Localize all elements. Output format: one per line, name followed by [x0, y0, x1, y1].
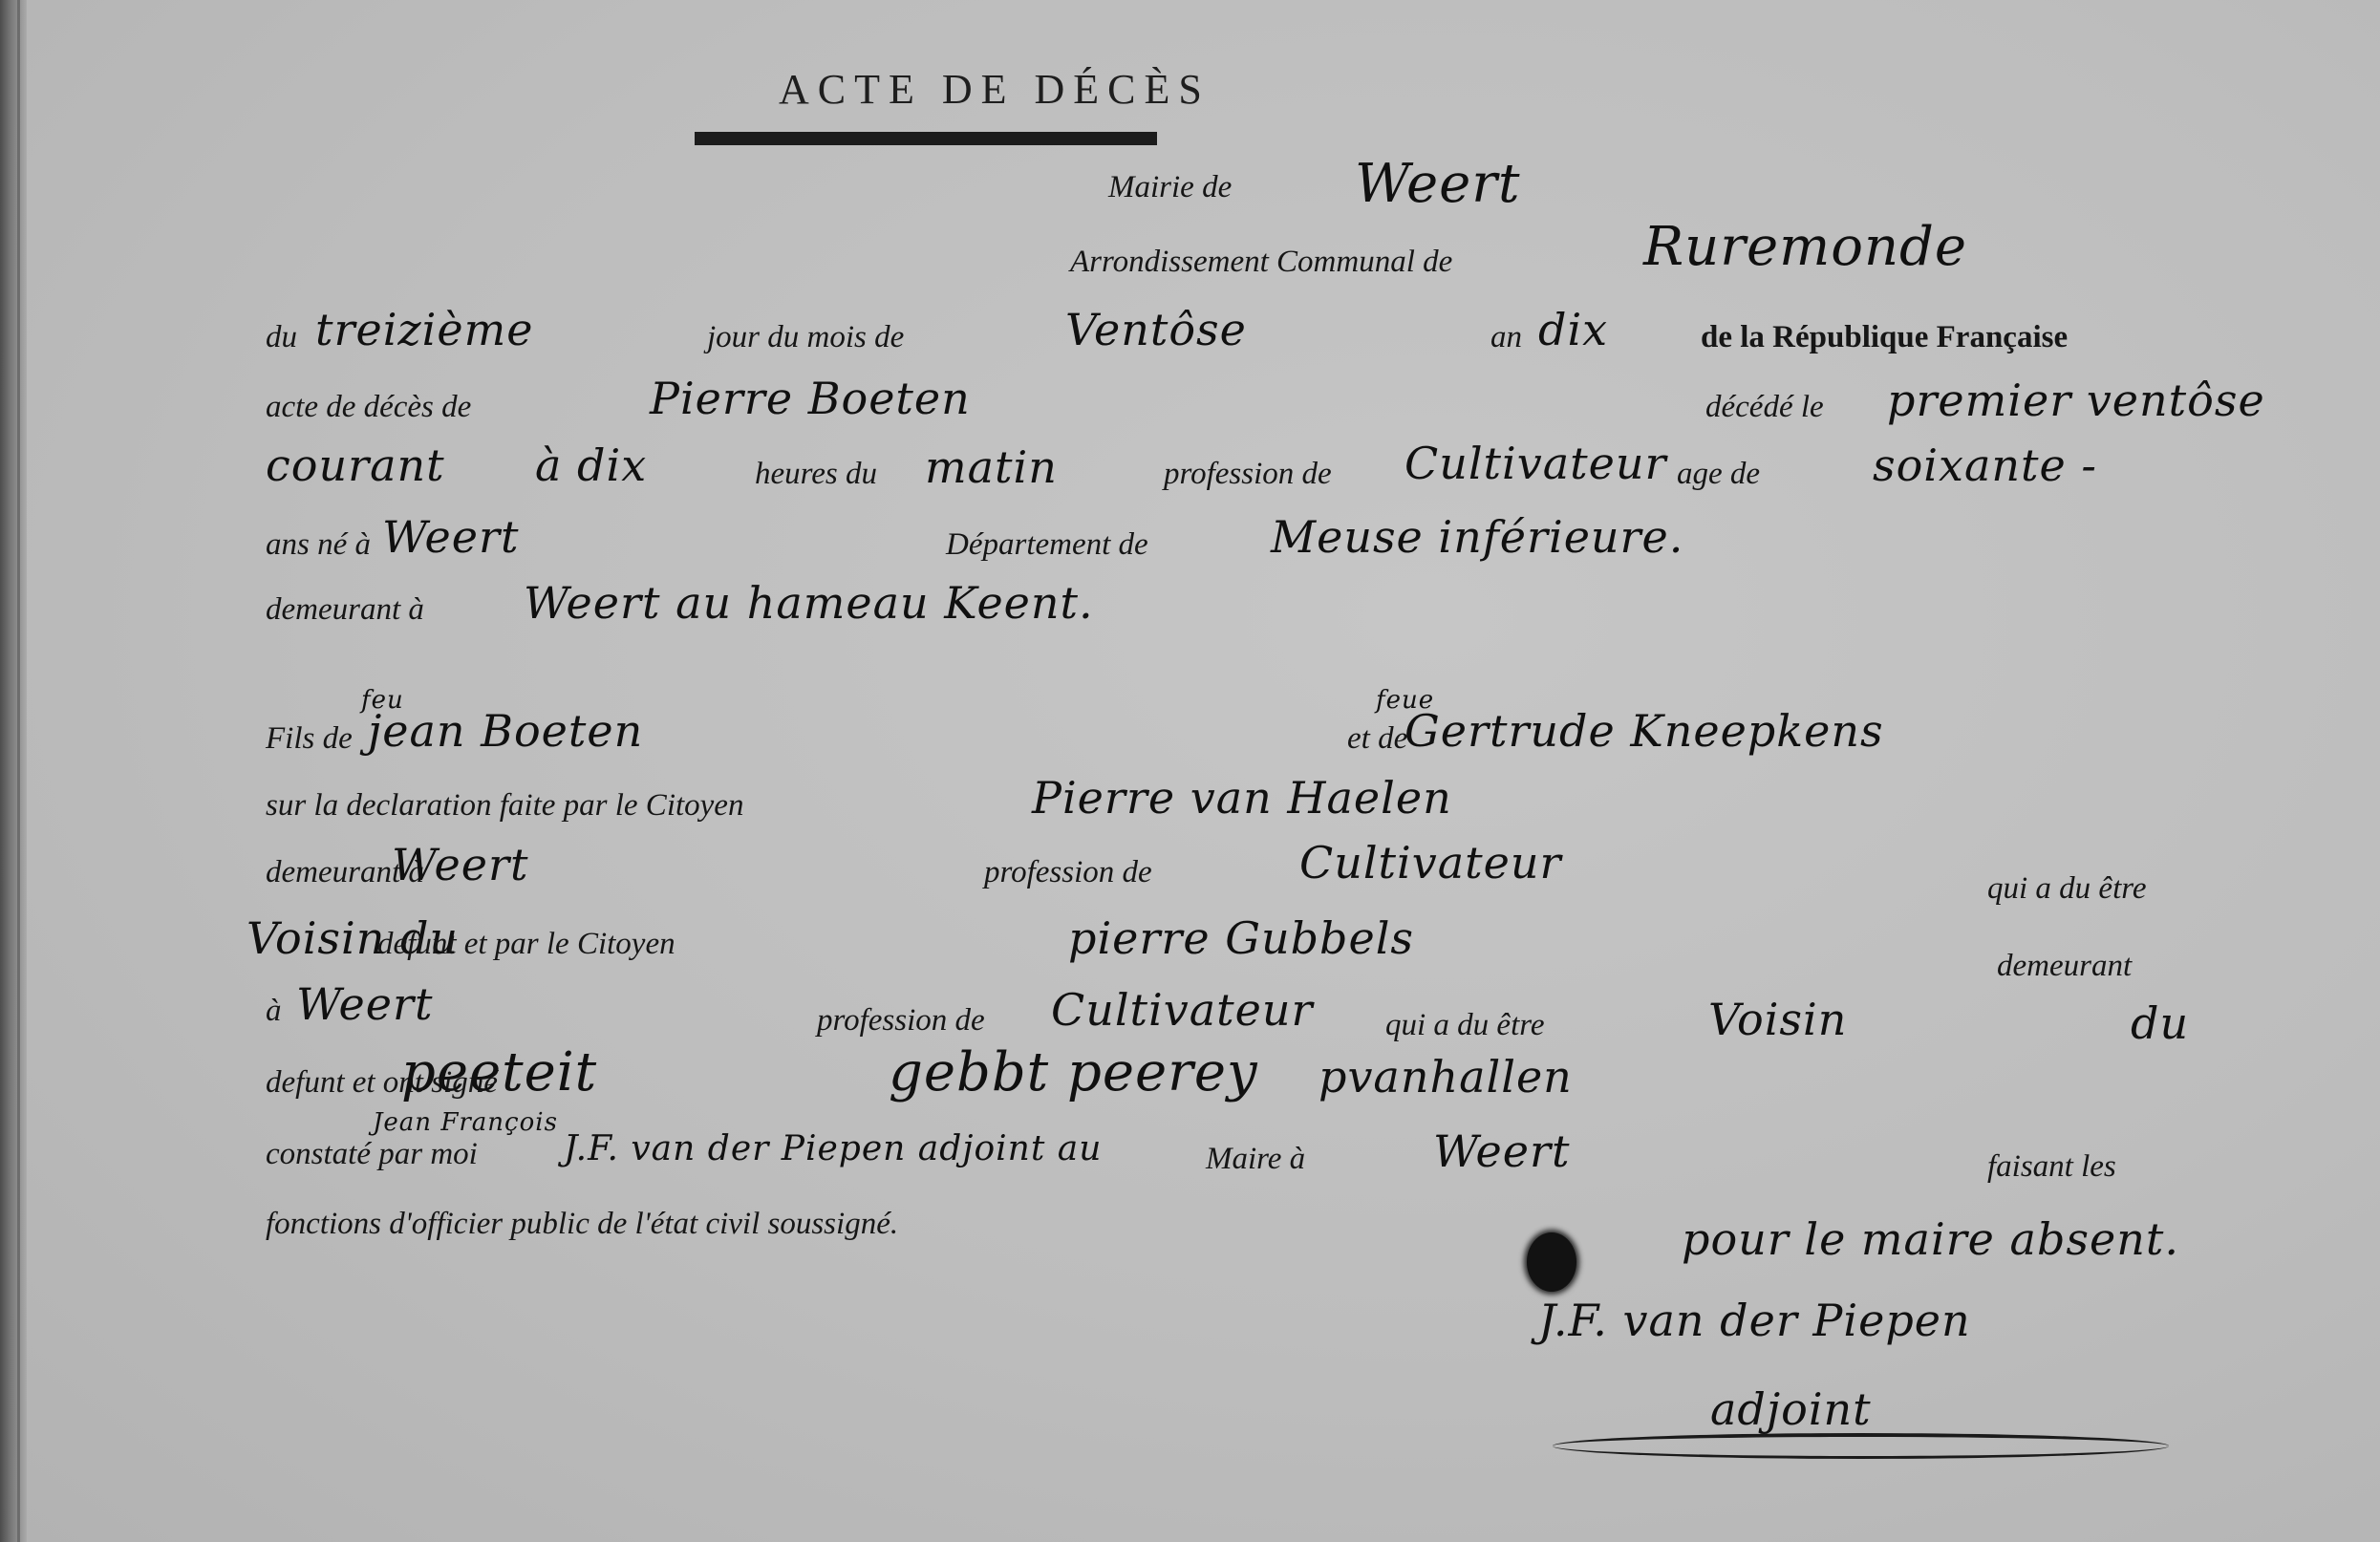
- declarant2-profession-label: profession de: [817, 1003, 985, 1039]
- declarant1-name: Pierre van Haelen: [1032, 772, 1452, 824]
- declarant1-residence: Weert: [392, 839, 528, 890]
- defunt-label: defunt et par le Citoyen: [377, 927, 675, 962]
- mairie-value: Weert: [1355, 153, 1521, 215]
- ink-blot: [1527, 1232, 1576, 1292]
- declaration-label: sur la declaration faite par le Citoyen: [266, 788, 743, 824]
- jour-label: jour du mois de: [707, 320, 904, 355]
- signature-line3: adjoint: [1710, 1383, 1872, 1435]
- date-prefix: du: [266, 320, 297, 355]
- declarant1-profession: Cultivateur: [1299, 837, 1561, 889]
- declarant2-relation-suffix: du: [2131, 997, 2189, 1049]
- signature-line1: pour le maire absent.: [1682, 1213, 2179, 1265]
- profession-label: profession de: [1164, 457, 1332, 492]
- deceased-name: Pierre Boeten: [650, 373, 971, 424]
- arrondissement-label: Arrondissement Communal de: [1070, 245, 1452, 280]
- age-value: soixante -: [1873, 439, 2097, 491]
- signature-flourish: [1553, 1433, 2169, 1459]
- fils-label: Fils de: [266, 721, 353, 757]
- republique-label: de la République Française: [1701, 320, 2068, 355]
- hour-value: à dix: [535, 439, 647, 491]
- decede-label: décédé le: [1705, 390, 1824, 425]
- declarant2-relation: Voisin: [1708, 994, 1847, 1045]
- current-value: courant: [266, 439, 445, 491]
- birthplace-value: Weert: [382, 511, 519, 563]
- age-label: age de: [1677, 457, 1760, 492]
- signature-line2: J.F. van der Piepen: [1538, 1295, 1971, 1346]
- mother-value: Gertrude Kneepkens: [1404, 705, 1884, 757]
- signature-witness3: pvanhallen: [1319, 1051, 1573, 1103]
- binding-edge: [0, 0, 27, 1542]
- officer-superscript: Jean François: [373, 1108, 558, 1137]
- closing-text: fonctions d'officier public de l'état ci…: [266, 1207, 898, 1242]
- arrondissement-value: Ruremonde: [1643, 216, 1967, 278]
- et-label: et de: [1347, 721, 1407, 757]
- residence-value: Weert au hameau Keent.: [524, 577, 1094, 629]
- declarant1-profession-label: profession de: [984, 855, 1152, 890]
- month-value: Ventôse: [1065, 304, 1247, 355]
- document-title: ACTE DE DÉCÈS: [779, 65, 1211, 114]
- binding-crease: [17, 0, 20, 1542]
- father-value: jean Boeten: [368, 705, 643, 757]
- residence-label: demeurant à: [266, 592, 424, 628]
- declarant1-qualite-label: qui a du être: [1987, 871, 2147, 907]
- death-date-value: premier ventôse: [1887, 375, 2265, 426]
- year-value: dix: [1538, 304, 1608, 355]
- title-rule: [695, 132, 1157, 145]
- maire-value: Weert: [1433, 1125, 1570, 1177]
- signature-witness1: peeteit: [401, 1041, 597, 1103]
- declarant2-residence-prefix: à: [266, 994, 282, 1029]
- departement-label: Département de: [946, 527, 1148, 563]
- declarant2-demeurant-label: demeurant: [1997, 949, 2132, 984]
- officer-value: J.F. van der Piepen adjoint au: [564, 1129, 1102, 1168]
- constate-label: constaté par moi: [266, 1137, 478, 1172]
- signature-witness2: gebbt peerey: [889, 1041, 1258, 1103]
- document-page: ACTE DE DÉCÈS Mairie de Weert Arrondisse…: [0, 0, 2380, 1542]
- an-label: an: [1490, 320, 1522, 355]
- heures-label: heures du: [755, 457, 877, 492]
- declarant2-residence: Weert: [296, 978, 433, 1030]
- day-value: treizième: [315, 304, 533, 355]
- profession-value: Cultivateur: [1404, 438, 1666, 489]
- departement-value: Meuse inférieure.: [1271, 511, 1683, 563]
- deceased-label: acte de décès de: [266, 390, 471, 425]
- declarant2-qualite-label: qui a du être: [1385, 1008, 1545, 1043]
- declarant2-profession: Cultivateur: [1051, 984, 1313, 1036]
- declarant2-name: pierre Gubbels: [1068, 912, 1414, 964]
- mairie-label: Mairie de: [1108, 170, 1232, 205]
- ans-label: ans né à: [266, 527, 371, 563]
- faisant-label: faisant les: [1987, 1149, 2116, 1185]
- maire-label: Maire à: [1206, 1142, 1305, 1177]
- period-value: matin: [925, 441, 1058, 493]
